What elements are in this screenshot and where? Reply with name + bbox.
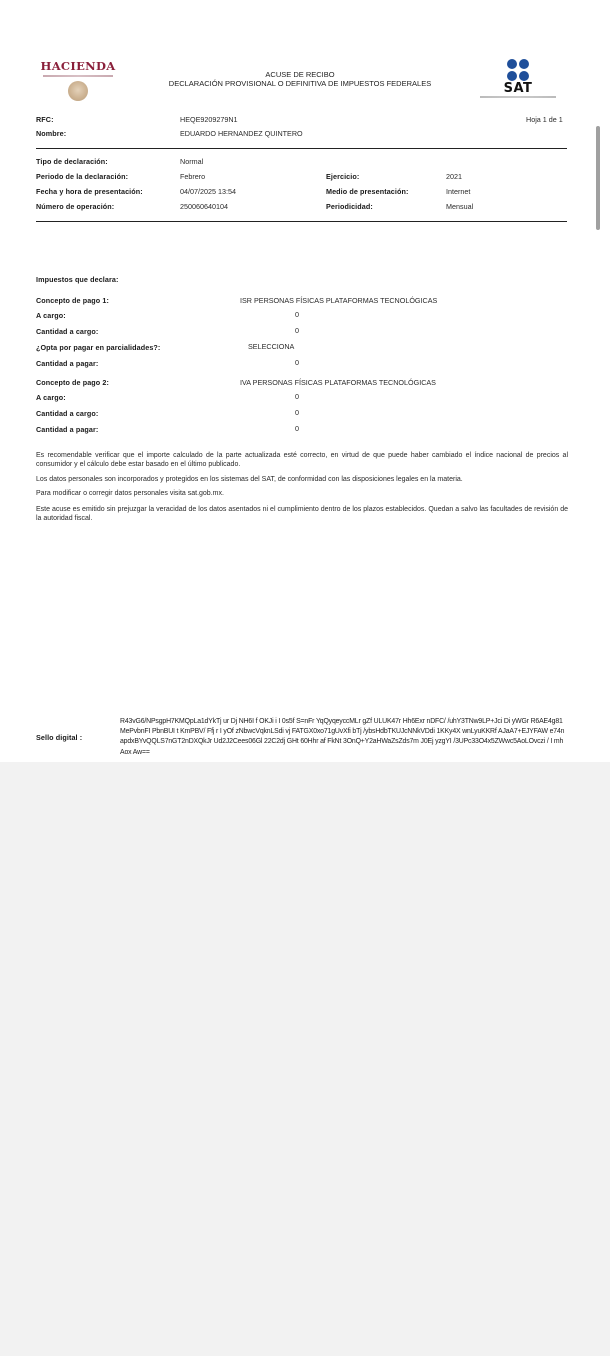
periodicidad-label: Periodicidad: — [326, 202, 373, 211]
rfc-value: HEQE9209279N1 — [180, 115, 238, 124]
sat-logo: SAT — [478, 59, 558, 98]
numero-label: Número de operación: — [36, 202, 114, 211]
hacienda-subtitle-line — [43, 75, 113, 77]
periodicidad-value: Mensual — [446, 202, 473, 211]
concepto1-value: ISR PERSONAS FÍSICAS PLATAFORMAS TECNOLÓ… — [240, 296, 437, 305]
concepto1-label: Concepto de pago 1: — [36, 296, 109, 305]
medio-label: Medio de presentación: — [326, 187, 408, 196]
sello-label: Sello digital : — [36, 733, 82, 742]
sello-value: R43vG6/NPsgpH7KMQpLa1dYkTj ur Dj NH6I f … — [120, 717, 565, 758]
concepto2-a-cargo-value: 0 — [295, 392, 299, 401]
parcialidades-value: SELECCIONA — [248, 342, 294, 351]
ejercicio-value: 2021 — [446, 172, 462, 181]
note-datos-personales: Los datos personales son incorporados y … — [36, 476, 568, 485]
fecha-value: 04/07/2025 13:54 — [180, 187, 236, 196]
sat-wordmark: SAT — [478, 82, 558, 95]
title-line-2: DECLARACIÓN PROVISIONAL O DEFINITIVA DE … — [150, 79, 450, 88]
concepto1-a-cargo-label: A cargo: — [36, 311, 66, 320]
sat-subtitle-line — [480, 96, 556, 98]
page-indicator: Hoja 1 de 1 — [526, 115, 563, 124]
concepto1-cantidad-cargo-label: Cantidad a cargo: — [36, 327, 98, 336]
note-indice-nacional: Es recomendable verificar que el importe… — [36, 452, 568, 469]
rfc-label: RFC: — [36, 115, 54, 124]
note-modificar-datos: Para modificar o corregir datos personal… — [36, 490, 568, 499]
divider-bottom — [36, 221, 567, 222]
title-line-1: ACUSE DE RECIBO — [150, 70, 450, 79]
tipo-value: Normal — [180, 157, 203, 166]
medio-value: Internet — [446, 187, 470, 196]
numero-value: 250060640104 — [180, 202, 228, 211]
concepto2-value: IVA PERSONAS FÍSICAS PLATAFORMAS TECNOLÓ… — [240, 378, 436, 387]
fecha-label: Fecha y hora de presentación: — [36, 187, 143, 196]
concepto1-cantidad-pagar-label: Cantidad a pagar: — [36, 359, 98, 368]
note-acuse-emitido: Este acuse es emitido sin prejuzgar la v… — [36, 506, 568, 523]
document-page: HACIENDA ACUSE DE RECIBO DECLARACIÓN PRO… — [0, 0, 610, 762]
concepto1-cantidad-pagar-value: 0 — [295, 358, 299, 367]
tipo-label: Tipo de declaración: — [36, 157, 108, 166]
periodo-label: Periodo de la declaración: — [36, 172, 128, 181]
vertical-scrollbar[interactable] — [596, 126, 600, 230]
hacienda-logo: HACIENDA — [40, 59, 116, 101]
hacienda-seal-icon — [68, 81, 88, 101]
sat-dots-icon — [507, 59, 529, 81]
periodo-value: Febrero — [180, 172, 205, 181]
concepto1-a-cargo-value: 0 — [295, 310, 299, 319]
concepto2-cantidad-cargo-value: 0 — [295, 408, 299, 417]
concepto2-label: Concepto de pago 2: — [36, 378, 109, 387]
concepto2-cantidad-cargo-label: Cantidad a cargo: — [36, 409, 98, 418]
impuestos-heading: Impuestos que declara: — [36, 275, 118, 284]
concepto1-cantidad-cargo-value: 0 — [295, 326, 299, 335]
name-label: Nombre: — [36, 129, 66, 138]
concepto2-a-cargo-label: A cargo: — [36, 393, 66, 402]
parcialidades-label: ¿Opta por pagar en parcialidades?: — [36, 343, 160, 352]
document-title: ACUSE DE RECIBO DECLARACIÓN PROVISIONAL … — [150, 70, 450, 88]
ejercicio-label: Ejercicio: — [326, 172, 359, 181]
divider-top — [36, 148, 567, 149]
name-value: EDUARDO HERNANDEZ QUINTERO — [180, 129, 303, 138]
concepto2-cantidad-pagar-value: 0 — [295, 424, 299, 433]
concepto2-cantidad-pagar-label: Cantidad a pagar: — [36, 425, 98, 434]
hacienda-wordmark: HACIENDA — [40, 59, 116, 73]
